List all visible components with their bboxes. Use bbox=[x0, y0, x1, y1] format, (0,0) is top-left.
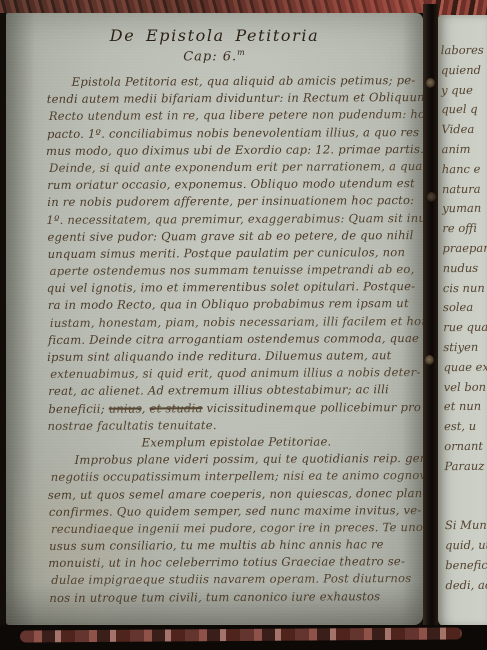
manuscript-page: De Epistola Petitoria Cap: 6.m Epistola … bbox=[6, 13, 423, 625]
facing-page-line-fragment: y que bbox=[441, 80, 485, 100]
facing-page-line-fragment bbox=[445, 496, 487, 516]
facing-page-line-fragment: quel q bbox=[441, 100, 485, 120]
facing-page-line-fragment: hanc e bbox=[442, 160, 486, 180]
facing-page-line-fragment: est, u bbox=[444, 417, 487, 437]
facing-page-line-fragment: stiyen bbox=[443, 338, 487, 358]
manuscript-line: tendi autem medii bifariam dividuntur: i… bbox=[47, 89, 423, 108]
manuscript-line: ra in modo Recto, qua in Obliquo probabi… bbox=[48, 295, 424, 314]
facing-page-line-fragment: Si Mun bbox=[445, 516, 487, 536]
manuscript-line: nostrae facultatis tenuitate. bbox=[47, 416, 424, 435]
facing-page-line-fragment: cis nun bbox=[443, 278, 487, 298]
facing-page-line-fragment: dedi, ac bbox=[445, 575, 487, 595]
facing-page-line-fragment: re offi bbox=[442, 219, 486, 239]
facing-page-line-fragment: labores bbox=[441, 41, 485, 61]
manuscript-line: Deinde, si quid ante exponendum erit per… bbox=[49, 158, 423, 177]
facing-page-line-fragment: benefici bbox=[445, 555, 487, 575]
facing-page-line-fragment: Parauz bbox=[444, 457, 487, 477]
facing-page-line-fragment: Videa bbox=[441, 120, 485, 140]
facing-page-line-fragment: natura bbox=[442, 179, 486, 199]
manuscript-line: monuisti, ut in hoc celeberrimo totius G… bbox=[48, 553, 425, 572]
manuscript-text: Epistola Petitoria est, qua aliquid ab a… bbox=[47, 72, 426, 607]
manuscript-line: rum oriatur occasio, exponemus. Obliquo … bbox=[47, 175, 423, 194]
chapter-number: Cap: 6.m bbox=[6, 48, 423, 64]
book-gutter bbox=[423, 4, 438, 650]
facing-page-line-fragment bbox=[444, 476, 487, 496]
manuscript-line: ficam. Deinde citra arrogantiam ostendem… bbox=[48, 330, 424, 349]
manuscript-line: 1º. necessitatem, qua premimur, exaggera… bbox=[46, 210, 423, 229]
facing-page-line-fragment: solea bbox=[443, 298, 487, 318]
book-cover-top-edge bbox=[0, 0, 487, 13]
manuscript-line: Epistola Petitoria est, qua aliquid ab a… bbox=[46, 72, 423, 91]
manuscript-line: Recto utendum est in re, qua libere pete… bbox=[49, 106, 423, 125]
section-heading: Exemplum epistolae Petitoriae. bbox=[48, 433, 424, 452]
manuscript-line: iustam, honestam, piam, nobis necessaria… bbox=[50, 313, 424, 332]
struck-word: unius bbox=[109, 401, 142, 415]
facing-page-edge: laboresquiendy quequel qVideaanimhanc en… bbox=[438, 15, 487, 627]
manuscript-line: mus modo, quo diximus ubi de Exordio cap… bbox=[46, 141, 423, 160]
manuscript-line: in re nobis pudorem afferente, per insin… bbox=[47, 192, 423, 211]
struck-word: et studia bbox=[149, 401, 202, 415]
manuscript-line: negotiis occupatissimum interpellem; nis… bbox=[51, 467, 425, 486]
facing-page-line-fragment: vel bon bbox=[444, 377, 487, 397]
manuscript-line: dulae impigraeque studiis navarem operam… bbox=[51, 570, 425, 589]
facing-page-text: laboresquiendy quequel qVideaanimhanc en… bbox=[438, 15, 487, 596]
manuscript-line: confirmes. Quo quidem semper, sed nunc m… bbox=[49, 502, 425, 521]
facing-page-line-fragment: yuman bbox=[442, 199, 486, 219]
manuscript-photo: De Epistola Petitoria Cap: 6.m Epistola … bbox=[0, 0, 487, 650]
facing-page-line-fragment: et nun bbox=[444, 397, 487, 417]
facing-page-line-fragment: rue quae bbox=[443, 318, 487, 338]
facing-page-line-fragment: nudus bbox=[443, 259, 487, 279]
binding-stitch bbox=[427, 192, 436, 202]
manuscript-line: ipsum sint aliquando inde reditura. Dilu… bbox=[47, 347, 424, 366]
chapter-title: De Epistola Petitoria bbox=[6, 26, 423, 45]
manuscript-line: usus sum consiliario, tu me multis ab hi… bbox=[49, 536, 425, 555]
manuscript-line: nos in utroque tum civili, tum canonico … bbox=[49, 588, 425, 607]
manuscript-line: extenuabimus, si quid erit, quod animum … bbox=[50, 364, 424, 383]
facing-page-line-fragment: anim bbox=[442, 140, 486, 160]
manuscript-line: unquam simus meriti. Postque paulatim pe… bbox=[48, 244, 424, 263]
manuscript-line: qui vel ignotis, imo et immerentibus sol… bbox=[47, 278, 424, 297]
manuscript-line: reat, ac alienet. Ad extremum illius obt… bbox=[48, 381, 424, 400]
manuscript-line: beneficii; unius, et studia vicissitudin… bbox=[48, 399, 424, 418]
binding-stitch bbox=[426, 78, 435, 88]
facing-page-line-fragment: quid, ut bbox=[445, 536, 487, 556]
facing-page-line-fragment: praepara bbox=[442, 239, 486, 259]
manuscript-line: egenti sive pudor: Quam grave sit ab eo … bbox=[47, 227, 423, 246]
manuscript-line: sem, ut quos semel amare coeperis, non q… bbox=[48, 485, 425, 504]
binding-stitch bbox=[425, 355, 434, 365]
manuscript-line: recundiaeque ingenii mei pudore, cogor i… bbox=[51, 519, 425, 538]
chapter-superscript: m bbox=[237, 48, 246, 57]
manuscript-line: pacto. 1º. conciliabimus nobis benevolen… bbox=[47, 124, 423, 143]
facing-page-line-fragment: quae ex bbox=[443, 358, 487, 378]
facing-page-line-fragment: ornant bbox=[444, 437, 487, 457]
facing-page-line-fragment: quiend bbox=[441, 61, 485, 81]
manuscript-line: aperte ostendemus nos summam tenuisse im… bbox=[50, 261, 424, 280]
manuscript-line: Improbus plane videri possim, qui te quo… bbox=[49, 450, 425, 469]
